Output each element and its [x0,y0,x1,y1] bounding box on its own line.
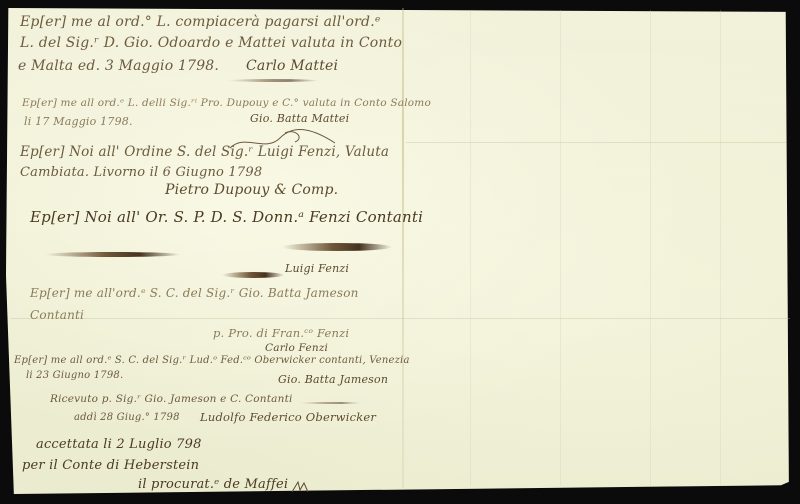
signature: Carlo Mattei [246,58,338,74]
pen-stroke [300,402,360,404]
acceptance-line: per il Conte di Heberstein [22,458,199,473]
signature: Luigi Fenzi [285,262,349,275]
endorsement-line: Ep[er] Noi all' Ordine S. del Sig.ʳ Luig… [20,144,389,160]
endorsement-line: Ep[er] me all ord.ᵉ L. delli Sig.ʳⁱ Pro.… [22,97,431,109]
signature: Gio. Batta Jameson [278,373,388,386]
right-page-blank [406,10,786,486]
scanned-manuscript: Ep[er] me al ord.° L. compiacerà pagarsi… [0,0,800,504]
endorsement-line: Ep[er] me al ord.° L. compiacerà pagarsi… [20,14,380,30]
pen-stroke [282,243,392,251]
endorsement-line: Ricevuto p. Sig.ʳ Gio. Jameson e C. Cont… [50,393,293,405]
endorsement-line: L. del Sig.ʳ D. Gio. Odoardo e Mattei va… [20,35,402,51]
signature: Pietro Dupouy & Comp. [165,182,338,198]
endorsement-line: addì 28 Giug.° 1798 [74,412,180,423]
endorsement-line: Cambiata. Livorno il 6 Giugno 1798 [20,165,262,180]
endorsement-line: li 23 Giugno 1798. [26,370,123,381]
endorsement-line: p. Pro. di Fran.ᶜᵒ Fenzi [213,326,349,340]
endorsement-line: Ep[er] me all'ord.ᵉ S. C. del Sig.ʳ Gio.… [30,286,359,300]
endorsement-line: e Malta ed. 3 Maggio 1798. [18,58,219,74]
endorsement-line: Ep[er] Noi all' Or. S. P. D. S. Donn.ᵃ F… [30,208,423,226]
acceptance-line: accettata li 2 Luglio 798 [36,437,202,452]
pen-stroke [45,252,180,257]
endorsement-line: Contanti [30,308,84,322]
endorsement-line: Ep[er] me all ord.ᵉ S. C. del Sig.ʳ Lud.… [14,355,410,366]
signature: Ludolfo Federico Oberwicker [200,410,376,424]
signature: il procurat.ᵉ de Maffei [138,477,288,492]
center-fold [402,8,404,488]
signature-flourish [228,79,318,82]
signature: Carlo Fenzi [265,342,328,354]
endorsement-line: li 17 Maggio 1798. [24,115,133,128]
notary-mark-icon [290,480,310,496]
signature: Gio. Batta Mattei [250,112,349,125]
pen-stroke [222,272,284,278]
